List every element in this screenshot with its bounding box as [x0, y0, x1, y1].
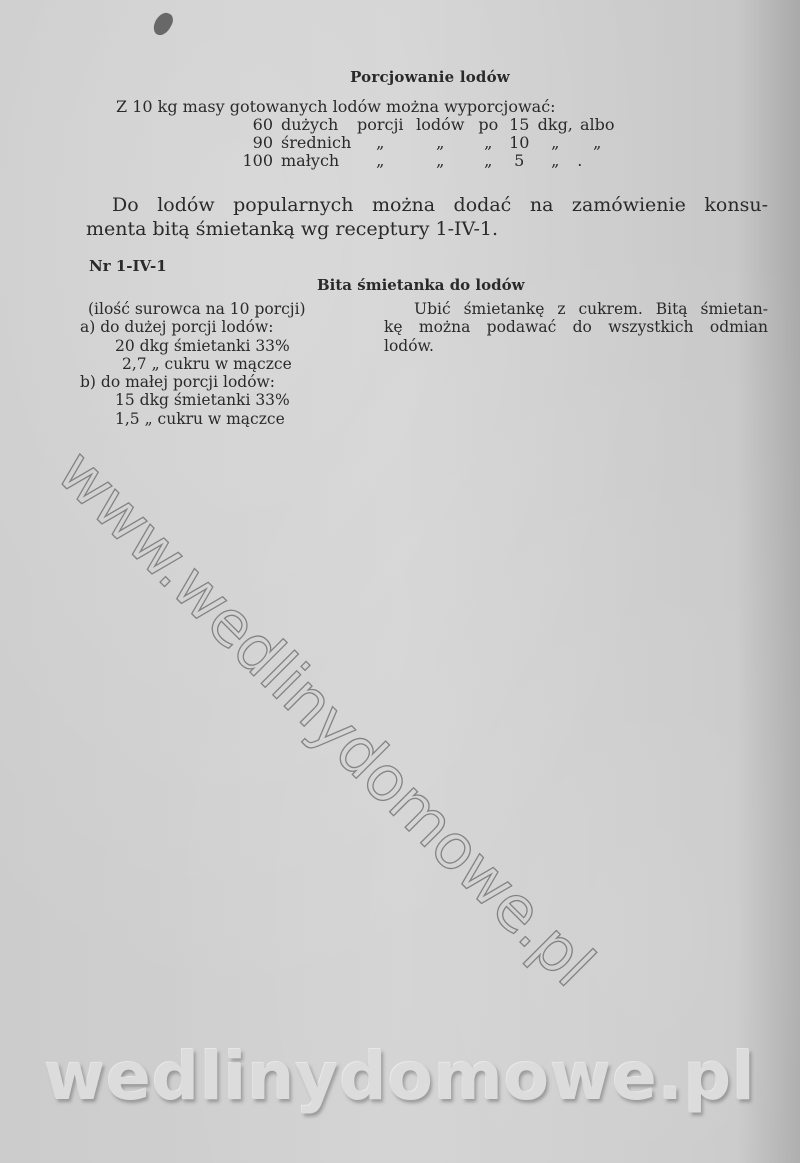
list-item: b) do małej porcji lodów:: [80, 373, 306, 391]
note-line-2: menta bitą śmietanką wg receptury 1-IV-1…: [86, 218, 498, 240]
recipe-title: Bita śmietanka do lodów: [317, 276, 525, 294]
note-paragraph: Do lodów popularnych można dodać na zamó…: [86, 193, 768, 241]
ingredients-header: (ilość surowca na 10 porcji): [80, 300, 306, 318]
list-item: a) do dużej porcji lodów:: [80, 318, 306, 336]
section-title: Porcjowanie lodów: [0, 68, 800, 86]
portioning-intro: Z 10 kg masy gotowanych lodów można wypo…: [116, 97, 556, 116]
table-row: 90 średnich „ „ „ 10 „ „: [225, 134, 617, 152]
method-line-2: kę można podawać do wszystkich odmian: [384, 318, 768, 336]
list-item: 15 dkg śmietanki 33%: [80, 391, 306, 409]
list-item: 20 dkg śmietanki 33%: [80, 337, 306, 355]
table-row: 100 małych „ „ „ 5 „ .: [225, 152, 617, 170]
recipe-number: Nr 1-IV-1: [89, 257, 167, 275]
method-line-1: Ubić śmietankę z cukrem. Bitą śmietan-: [384, 300, 768, 318]
ink-speck: [150, 10, 176, 39]
list-item: 2,7 „ cukru w mączce: [80, 355, 306, 373]
method-paragraph: Ubić śmietankę z cukrem. Bitą śmietan- k…: [384, 300, 768, 355]
note-line-1: Do lodów popularnych można dodać na zamó…: [86, 193, 768, 217]
portion-table: 60 dużych porcji lodów po 15 dkg, albo 9…: [225, 116, 617, 170]
table-row: 60 dużych porcji lodów po 15 dkg, albo: [225, 116, 617, 134]
ingredients-list: (ilość surowca na 10 porcji) a) do dużej…: [80, 300, 306, 428]
diagonal-watermark: www.wedlinydomowe.pl: [43, 435, 608, 1000]
method-line-3: lodów.: [384, 337, 434, 355]
bottom-watermark: wedlinydomowe.pl: [0, 1038, 800, 1115]
list-item: 1,5 „ cukru w mączce: [80, 410, 306, 428]
